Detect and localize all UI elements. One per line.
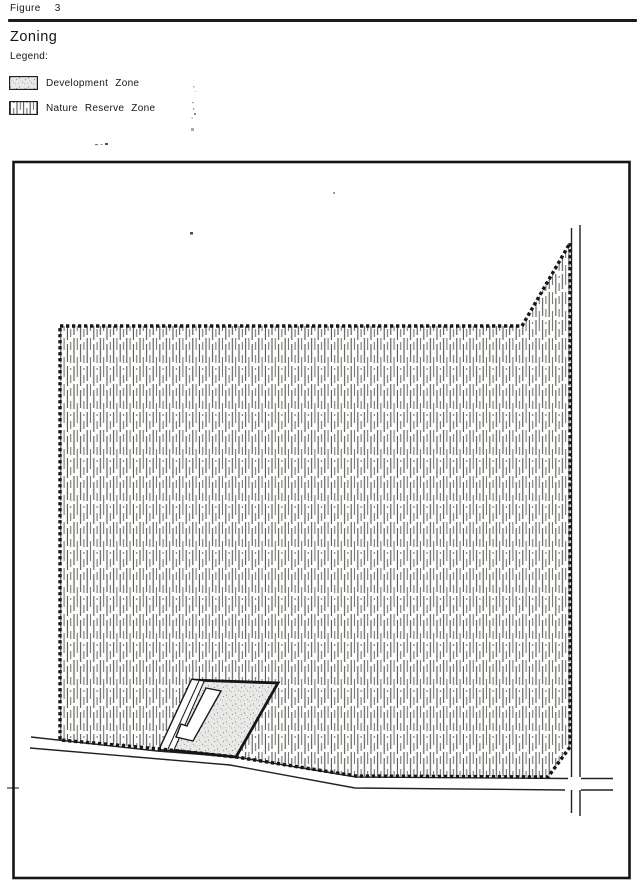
scan-speck	[192, 118, 193, 119]
scan-speck	[333, 192, 335, 194]
nature-reserve-zone-area	[60, 243, 570, 777]
scan-speck	[101, 144, 103, 145]
scan-speck	[105, 143, 108, 145]
zoning-map	[0, 0, 640, 886]
scan-speck	[193, 108, 194, 110]
scan-speck	[191, 128, 194, 131]
document-page: Figure3 Zoning Legend: Development Zone …	[0, 0, 640, 886]
scan-speck	[194, 113, 196, 115]
scan-speck	[193, 86, 195, 88]
scan-speck	[190, 232, 193, 235]
scan-speck	[95, 144, 98, 145]
scan-speck	[192, 102, 194, 103]
scan-speck	[195, 91, 196, 92]
